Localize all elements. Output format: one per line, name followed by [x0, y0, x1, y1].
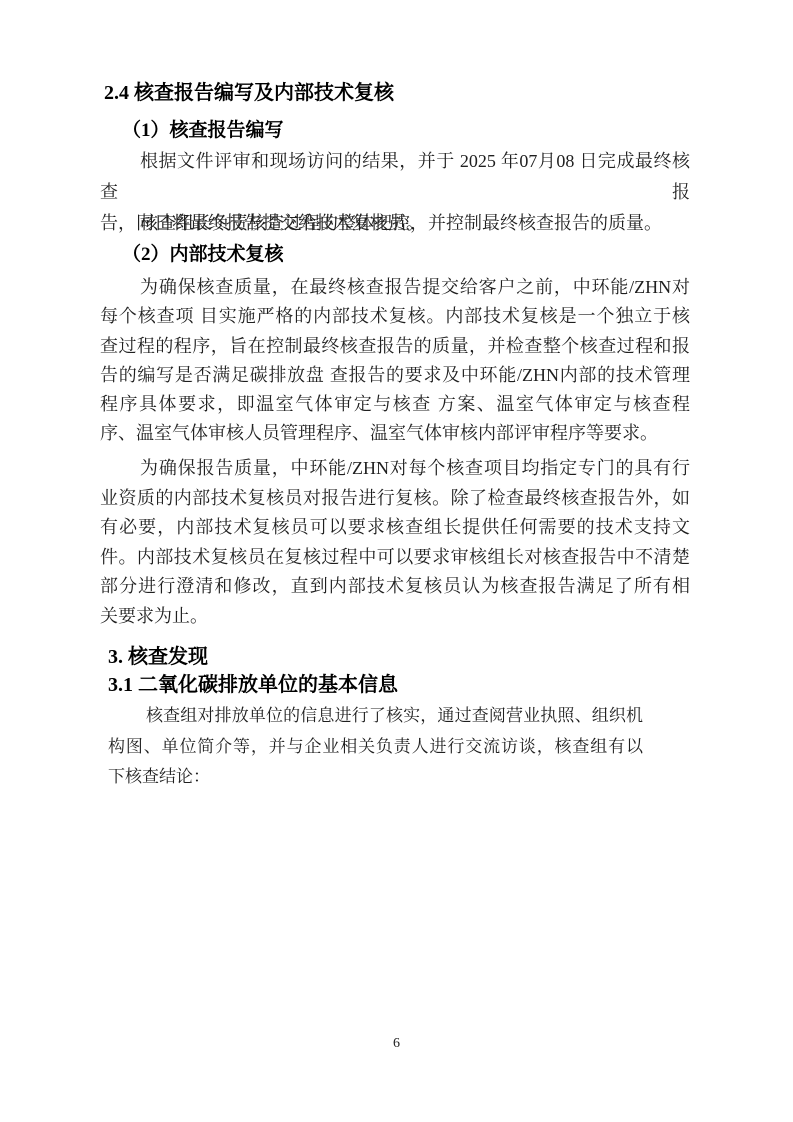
text-line: 构图、单位简介等，并与企业相关负责人进行交流访谈，核查组有以	[108, 732, 643, 763]
text-line: 程序具体要求，即温室气体审定与核查 方案、温室气体审定与核查程	[100, 390, 690, 419]
subheading-report-writing: （1）核查报告编写	[122, 118, 284, 144]
text-line: 关要求为止。	[100, 602, 690, 632]
section-heading-3: 3. 核查发现	[108, 644, 208, 670]
paragraph-basic-info: 核查组对排放单位的信息进行了核实，通过查阅营业执照、组织机构图、单位简介等，并与…	[108, 701, 643, 793]
text-line: 每个核查项 目实施严格的内部技术复核。内部技术复核是一个独立于核	[100, 302, 690, 331]
text-line: 序、温室气体审核人员管理程序、温室气体审核内部评审程序等要求。	[100, 419, 690, 448]
text-line: 为确保核查质量，在最终核查报告提交给客户之前，中环能/ZHN对	[100, 273, 690, 302]
paragraph-team-leader: 核查组长负责核查过程的整体把控，并控制最终核查报告的质量。	[100, 208, 690, 239]
paragraph-internal-review-1: 为确保核查质量，在最终核查报告提交给客户之前，中环能/ZHN对每个核查项 目实施…	[100, 273, 690, 449]
document-page: { "document": { "heading_2_4": "2.4 核查报告…	[0, 0, 793, 1122]
paragraph-internal-review-2: 为确保报告质量，中环能/ZHN对每个核查项目均指定专门的具有行业资质的内部技术复…	[100, 454, 690, 632]
text-line: 告的编写是否满足碳排放盘 查报告的要求及中环能/ZHN内部的技术管理	[100, 361, 690, 390]
text-line: 根据文件评审和现场访问的结果，并于 2025 年07月08 日完成最终核查报	[100, 146, 690, 208]
text-line: 件。内部技术复核员在复核过程中可以要求审核组长对核查报告中不清楚	[100, 543, 690, 573]
subheading-internal-review: （2）内部技术复核	[122, 242, 284, 268]
section-heading-3-1: 3.1 二氧化碳排放单位的基本信息	[108, 672, 398, 698]
text-line: 为确保报告质量，中环能/ZHN对每个核查项目均指定专门的具有行	[100, 454, 690, 484]
section-heading-2-4: 2.4 核查报告编写及内部技术复核	[104, 80, 394, 106]
text-line: 核查组对排放单位的信息进行了核实，通过查阅营业执照、组织机	[108, 701, 643, 732]
text-line: 核查组长负责核查过程的整体把控，并控制最终核查报告的质量。	[100, 208, 690, 239]
page-number: 6	[0, 1036, 793, 1052]
text-line: 查过程的程序，旨在控制最终核查报告的质量，并检查整个核查过程和报	[100, 332, 690, 361]
text-line: 部分进行澄清和修改，直到内部技术复核员认为核查报告满足了所有相	[100, 572, 690, 602]
text-line: 有必要，内部技术复核员可以要求核查组长提供任何需要的技术支持文	[100, 513, 690, 543]
text-line: 业资质的内部技术复核员对报告进行复核。除了检查最终核查报告外，如	[100, 484, 690, 514]
text-line: 下核查结论：	[108, 762, 643, 793]
